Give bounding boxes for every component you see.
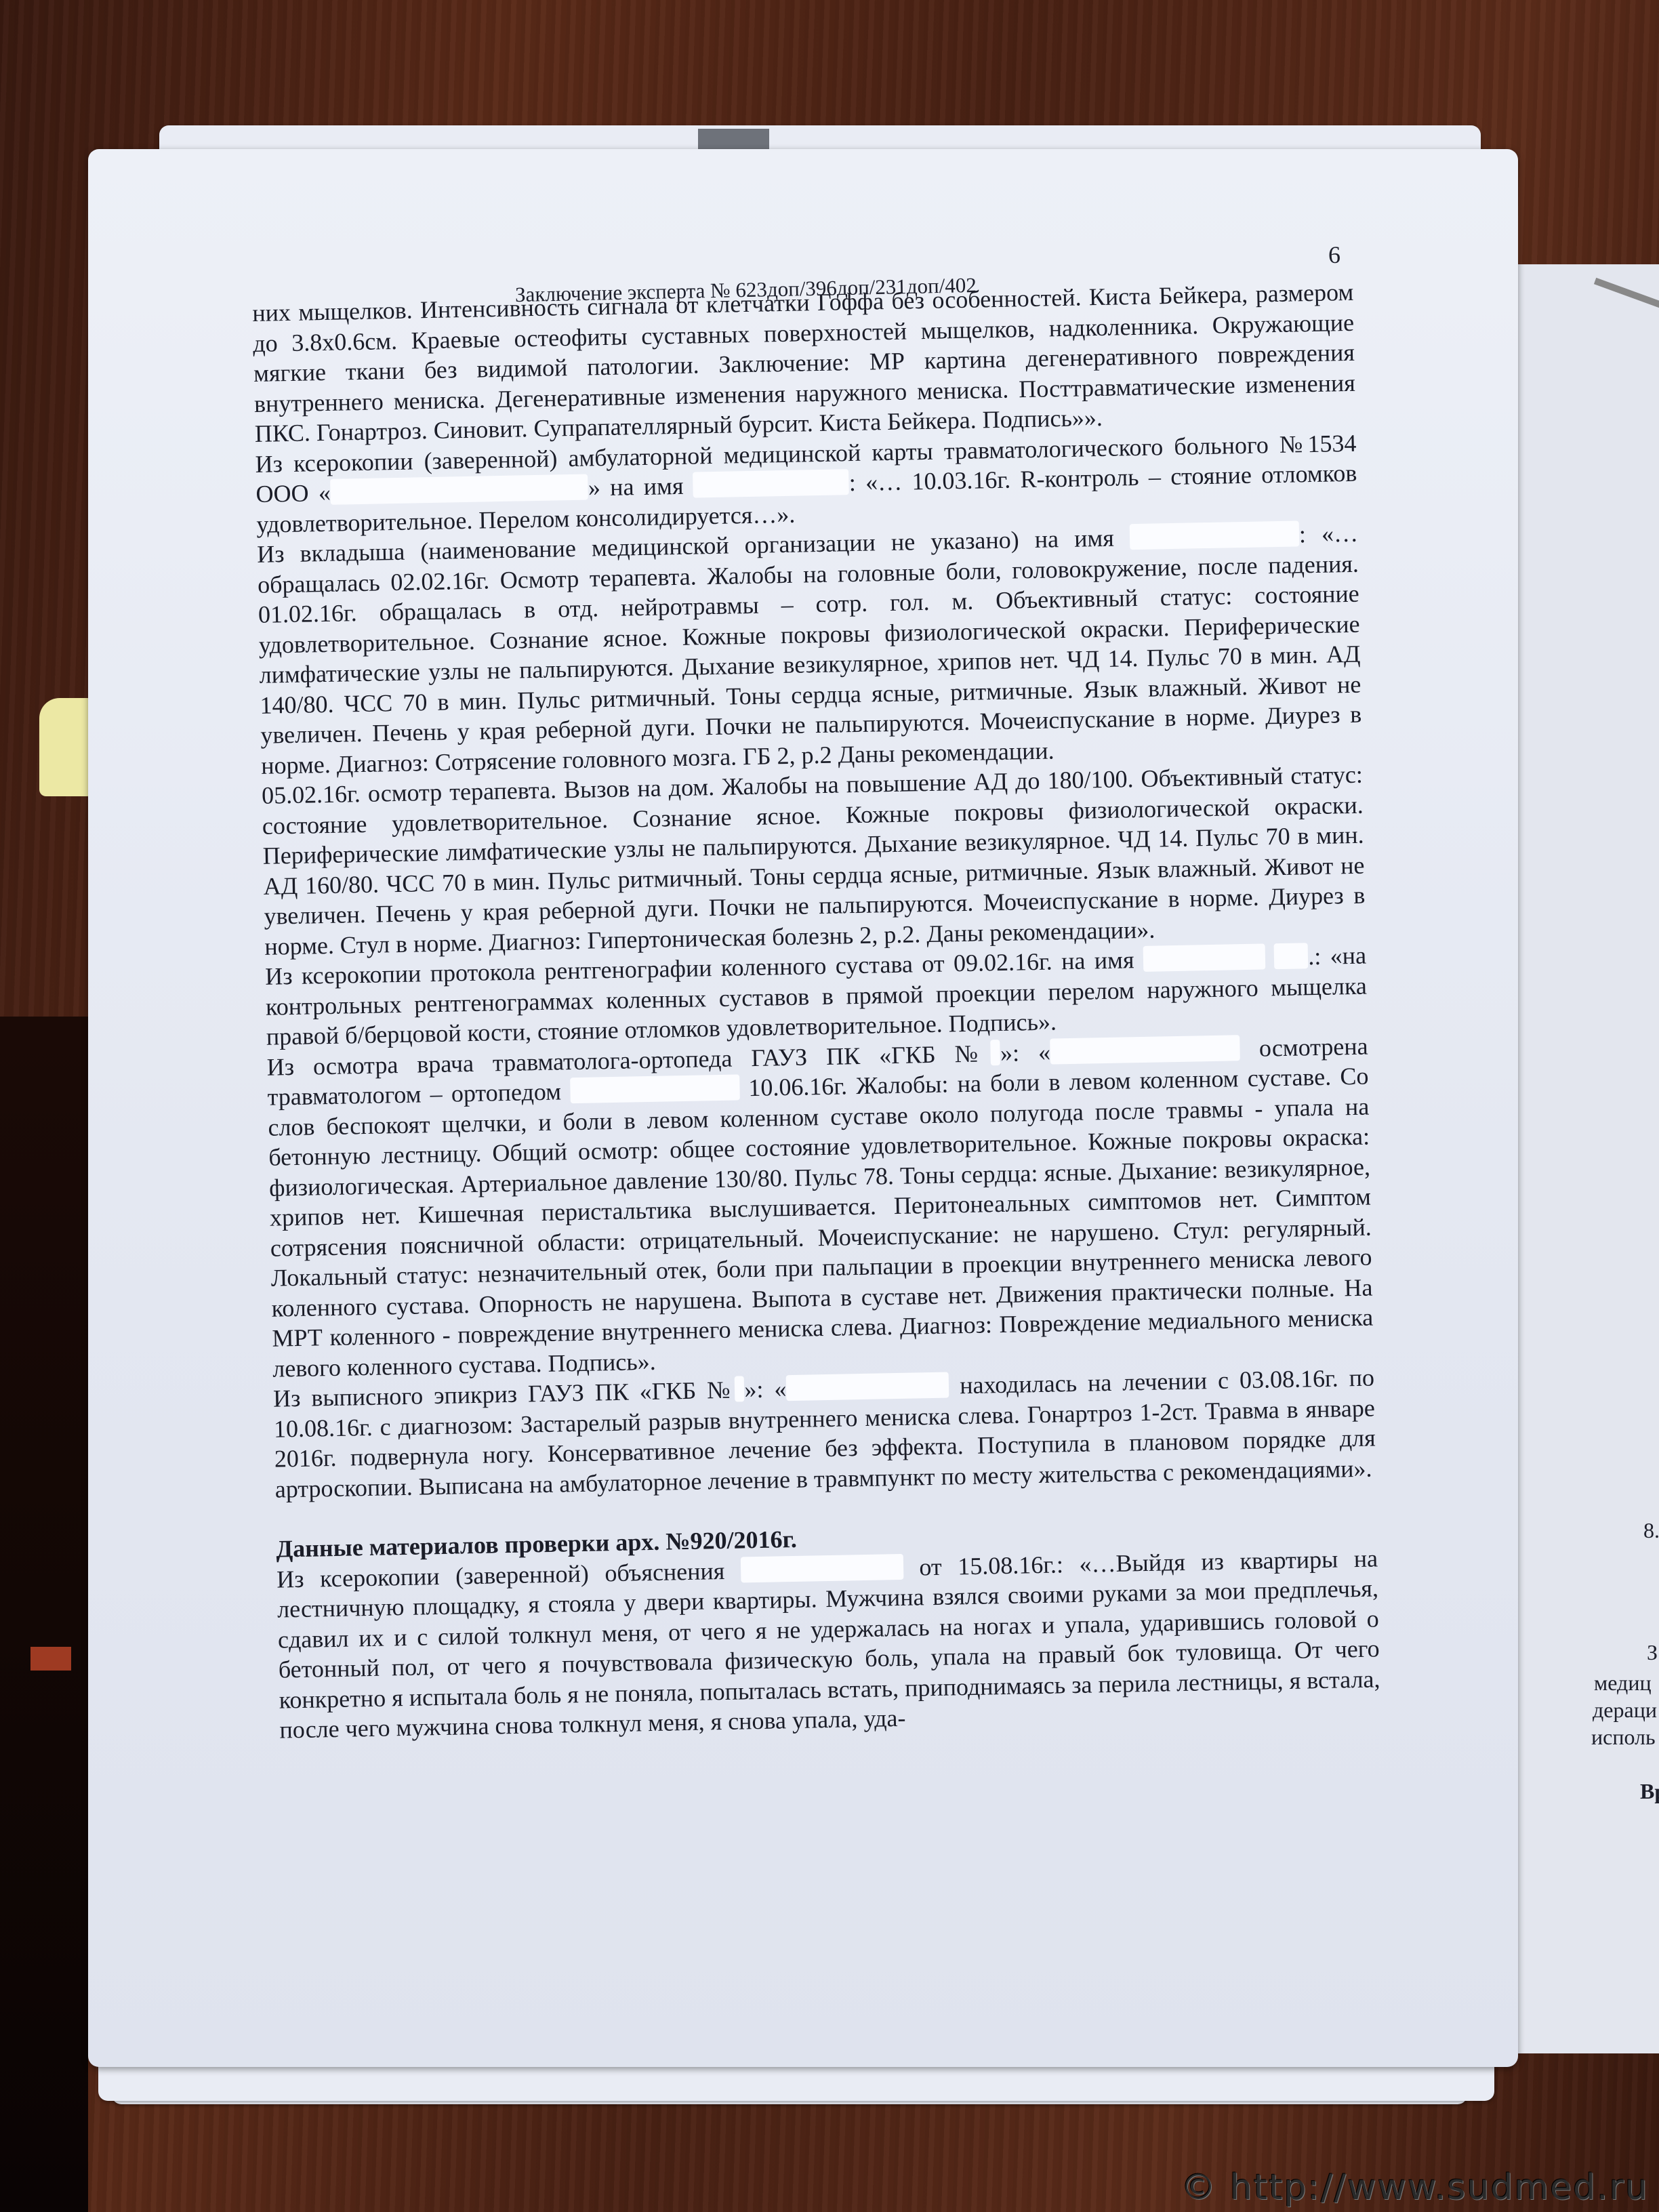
redaction: [735, 1376, 745, 1401]
redaction: [1130, 520, 1300, 550]
shadow-area: [0, 1017, 88, 2212]
paragraph-discharge-summary: Из выписного эпикриз ГАУЗ ПК «ГКБ №»: « …: [273, 1363, 1376, 1504]
redaction: [331, 474, 589, 505]
paragraph-insert-sheet: Из вкладыша (наименование медицинской ор…: [257, 518, 1363, 781]
adjacent-page-fragment: Вр: [1640, 1779, 1659, 1804]
page-number: 6: [1328, 241, 1340, 269]
paragraph-orthopedist-exam: Из осмотра врача травматолога-ортопеда Г…: [266, 1031, 1374, 1384]
redaction: [1050, 1035, 1241, 1064]
redaction: [1143, 943, 1265, 971]
adjacent-document-stack: [1511, 264, 1659, 2053]
adjacent-page-fragment: исполь: [1591, 1725, 1656, 1750]
paragraph-explanation: Из ксерокопии (заверенной) объяснения от…: [276, 1543, 1381, 1745]
adjacent-page-fragment: З: [1647, 1640, 1658, 1665]
document-body: них мыщелков. Интенсивность сигнала от к…: [252, 277, 1381, 1745]
redaction: [991, 1040, 1001, 1065]
redaction: [1274, 943, 1309, 969]
adjacent-page-fragment: дераци: [1593, 1698, 1657, 1723]
adjacent-page-fragment: медиц: [1594, 1671, 1652, 1696]
watermark: © http://www.sudmed.ru: [1181, 2167, 1649, 2208]
redaction: [693, 469, 849, 497]
red-folder-tab: [30, 1647, 71, 1671]
redaction: [786, 1372, 949, 1401]
paragraph-mri-conclusion: них мыщелков. Интенсивность сигнала от к…: [252, 277, 1356, 449]
paragraph-therapist-visit: 05.02.16г. осмотр терапевта. Вызов на до…: [262, 760, 1366, 962]
redaction: [740, 1553, 903, 1582]
adjacent-page-fragment: 8.: [1643, 1518, 1659, 1543]
redaction: [570, 1074, 740, 1103]
yellow-sticky-flag: [39, 698, 90, 796]
